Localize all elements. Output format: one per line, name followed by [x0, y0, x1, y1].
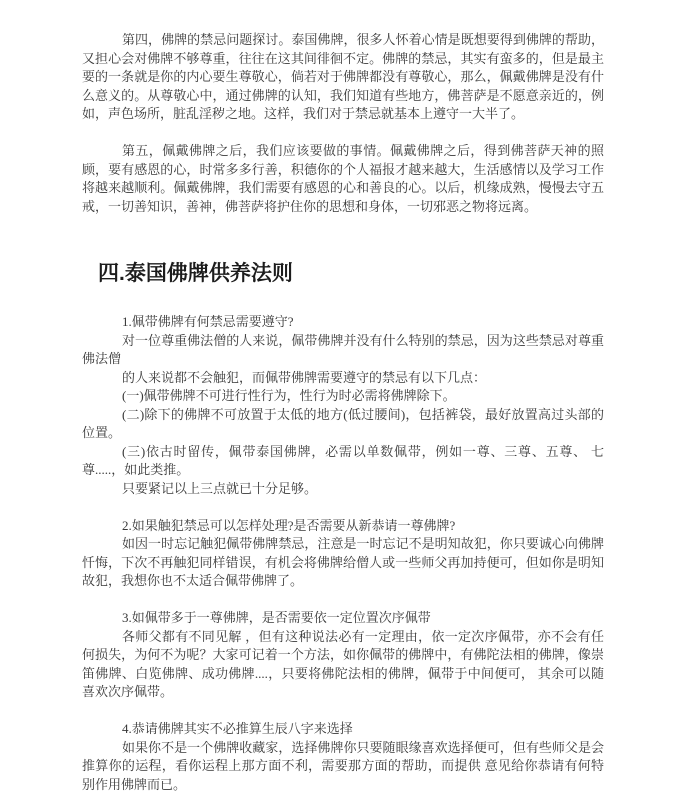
document-page: 第四，佛牌的禁忌问题探讨。泰国佛牌，很多人怀着心情是既想要得到佛牌的帮助，又担心…	[0, 0, 680, 806]
answer-1-closing: 只要紧记以上三点就已十分足够。	[82, 480, 604, 499]
paragraph-fourth-point: 第四，佛牌的禁忌问题探讨。泰国佛牌，很多人怀着心情是既想要得到佛牌的帮助，又担心…	[82, 31, 604, 124]
question-1: 1.佩带佛牌有何禁忌需要遵守?	[82, 313, 604, 332]
answer-1-rule-1: (一)佩带佛牌不可进行性行为，性行为时必需将佛牌除下。	[82, 387, 604, 406]
answer-3-paragraph: 各师父都有不同见解 ，但有这种说法必有一定理由，依一定次序佩带，亦不会有任何损失…	[82, 628, 604, 702]
answer-1-paragraph-2: 的人来说都不会触犯，而佩带佛牌需要遵守的禁忌有以下几点：	[82, 369, 604, 388]
paragraph-fifth-point: 第五，佩戴佛牌之后，我们应该要做的事情。佩戴佛牌之后，得到佛菩萨天神的照顾，要有…	[82, 142, 604, 216]
section-heading: 四.泰国佛牌供养法则	[98, 261, 604, 287]
question-3: 3.如佩带多于一尊佛牌，是否需要依一定位置次序佩带	[82, 609, 604, 628]
answer-1-rule-3: (三)依古时留传，佩带泰国佛牌，必需以单数佩带，例如一尊、三尊、五尊、 七尊..…	[82, 443, 604, 480]
answer-2-paragraph: 如因一时忘记触犯佩带佛牌禁忌，注意是一时忘记不是明知故犯，你只要诚心向佛牌忏悔，…	[82, 535, 604, 591]
qa-section-3: 3.如佩带多于一尊佛牌，是否需要依一定位置次序佩带 各师父都有不同见解 ，但有这…	[82, 609, 604, 702]
document-content: 第四，佛牌的禁忌问题探讨。泰国佛牌，很多人怀着心情是既想要得到佛牌的帮助，又担心…	[82, 31, 604, 794]
question-4: 4.恭请佛牌其实不必推算生辰八字来选择	[82, 720, 604, 739]
answer-1-rule-2: (二)除下的佛牌不可放置于太低的地方(低过腰间)，包括裤袋，最好放置高过头部的位…	[82, 406, 604, 443]
question-2: 2.如果触犯禁忌可以怎样处理?是否需要从新恭请一尊佛牌?	[82, 517, 604, 536]
qa-section-1: 1.佩带佛牌有何禁忌需要遵守? 对一位尊重佛法僧的人来说，佩带佛牌并没有什么特别…	[82, 313, 604, 498]
qa-section-2: 2.如果触犯禁忌可以怎样处理?是否需要从新恭请一尊佛牌? 如因一时忘记触犯佩带佛…	[82, 517, 604, 591]
answer-4-paragraph: 如果你不是一个佛牌收藏家，选择佛牌你只要随眼缘喜欢选择便可，但有些师父是会推算你…	[82, 739, 604, 795]
answer-1-paragraph-1: 对一位尊重佛法僧的人来说，佩带佛牌并没有什么特别的禁忌，因为这些禁忌对尊重佛法僧	[82, 332, 604, 369]
qa-section-4: 4.恭请佛牌其实不必推算生辰八字来选择 如果你不是一个佛牌收藏家，选择佛牌你只要…	[82, 720, 604, 794]
